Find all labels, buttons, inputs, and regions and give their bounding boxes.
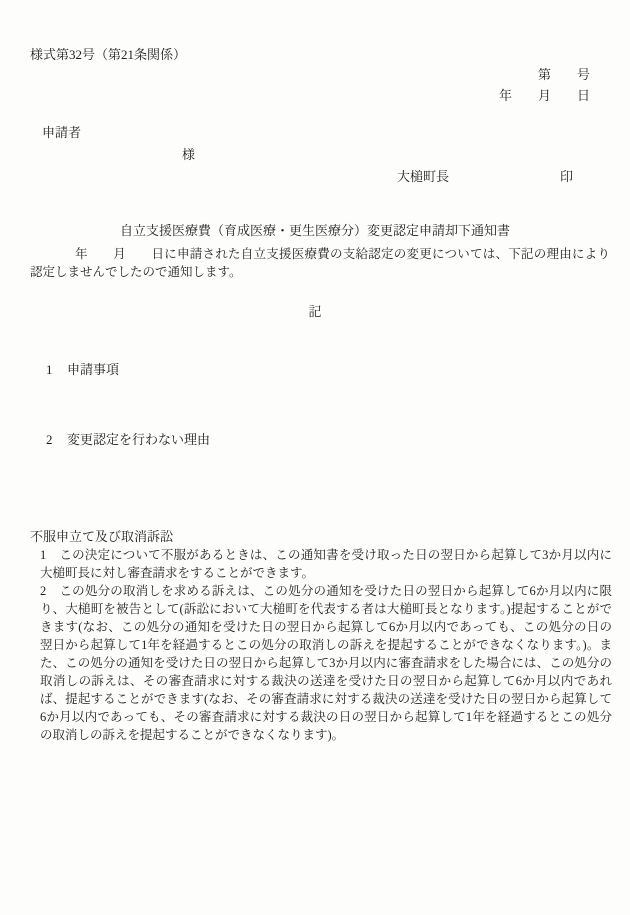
section-2-number: 2 [46,431,67,449]
seal-label: 印 [560,168,573,186]
intro-paragraph: 年 月 日に申請された自立支援医療費の支給認定の変更については、下記の理由により… [30,245,610,281]
record-marker: 記 [0,303,630,321]
appeal-item-1-text: この決定について不服があるときは、この通知書を受け取った日の翌日から起算して3か… [40,548,612,580]
document-number-line: 第 号 [538,66,590,84]
addressee-honorific: 様 [182,146,195,164]
appeal-notice-block: 不服申立て及び取消訴訟 1この決定について不服があるときは、この通知書を受け取っ… [30,528,612,744]
appeal-heading: 不服申立て及び取消訴訟 [30,528,612,546]
appeal-item-2-text: この処分の取消しを求める訴えは、この処分の通知を受けた日の翌日から起算して6か月… [40,584,612,742]
form-number: 様式第32号（第21条関係） [30,46,186,64]
section-1-number: 1 [46,361,67,379]
applicant-label: 申請者 [42,124,81,142]
appeal-item-2: 2この処分の取消しを求める訴えは、この処分の通知を受けた日の翌日から起算して6か… [40,582,612,744]
appeal-item-2-number: 2 [40,584,46,598]
document-title: 自立支援医療費（育成医療・更生医療分）変更認定申請却下通知書 [0,222,630,240]
section-2-label: 変更認定を行わない理由 [67,432,210,447]
section-1-label: 申請事項 [67,362,119,377]
appeal-item-1: 1この決定について不服があるときは、この通知書を受け取った日の翌日から起算して3… [40,546,612,582]
document-page: 様式第32号（第21条関係） 第 号 年 月 日 申請者 様 大槌町長 印 自立… [0,0,630,915]
appeal-item-1-number: 1 [40,548,46,562]
section-2-heading: 2変更認定を行わない理由 [33,413,210,467]
section-1-heading: 1申請事項 [33,343,119,397]
issue-date-line: 年 月 日 [499,87,590,105]
mayor-title: 大槌町長 [397,168,449,186]
